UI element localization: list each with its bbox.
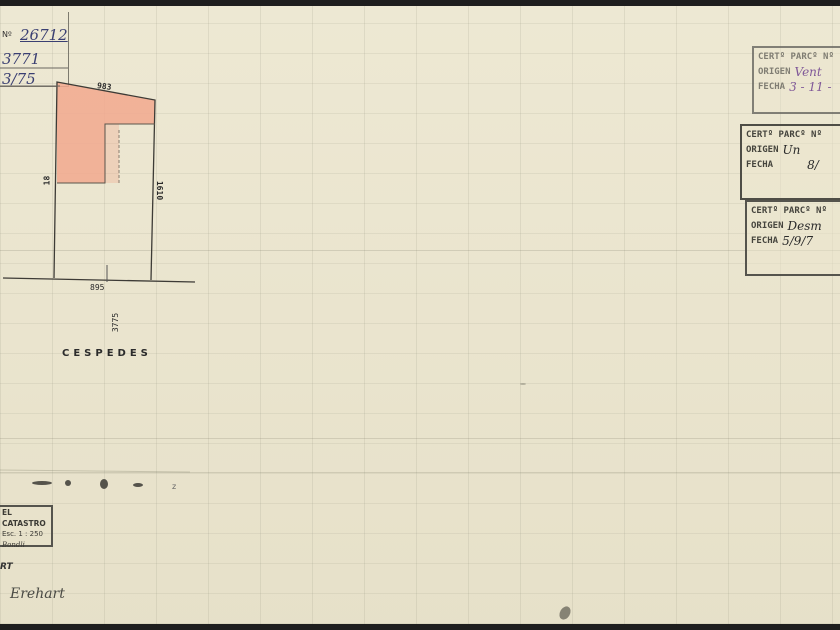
date-label: FECHA bbox=[746, 158, 773, 173]
parcel-certificate-stamp: CERTº PARCº Nº ORIGENVent FECHA3 - 11 - bbox=[752, 46, 840, 114]
origin-label: ORIGEN bbox=[758, 65, 791, 80]
signature: Erehart bbox=[10, 586, 65, 602]
svg-text:z: z bbox=[172, 482, 176, 491]
origin-value: Un bbox=[783, 143, 801, 158]
cert-label: CERTº PARCº Nº bbox=[751, 204, 827, 219]
cert-label: CERTº PARCº Nº bbox=[758, 50, 834, 65]
date-value: 3 - 11 - bbox=[789, 80, 831, 95]
cert-label: CERTº PARCº Nº bbox=[746, 128, 822, 143]
dimension-right: 1610 bbox=[155, 181, 164, 200]
north-arrow: z bbox=[32, 479, 176, 491]
parcel-certificate-stamp: CERTº PARCº Nº ORIGENUn FECHA8/ bbox=[740, 124, 840, 200]
date-label: FECHA bbox=[758, 80, 785, 95]
catastro-title: EL CATASTRO bbox=[2, 507, 51, 529]
date-value: 5/9/7 bbox=[782, 234, 813, 249]
scan-bottom-border bbox=[0, 624, 840, 630]
parcel-certificate-stamp: CERTº PARCº Nº ORIGENDesm FECHA5/9/7 bbox=[745, 200, 840, 276]
distance-to-corner: 3775 bbox=[111, 313, 120, 332]
street-name: CESPEDES bbox=[62, 348, 152, 359]
date-label: FECHA bbox=[751, 234, 778, 249]
ink-smudge bbox=[520, 383, 526, 385]
footer-label: RT bbox=[0, 562, 13, 572]
dimension-left: 18 bbox=[42, 176, 51, 186]
catastro-stamp: EL CATASTRO Esc. 1 : 250 Bondli bbox=[0, 505, 53, 547]
catastro-signature: Bondli bbox=[2, 540, 51, 551]
catastro-scale: Esc. 1 : 250 bbox=[2, 529, 51, 540]
date-value: 8/ bbox=[807, 158, 819, 173]
origin-label: ORIGEN bbox=[746, 143, 779, 158]
origin-value: Vent bbox=[795, 65, 822, 80]
origin-value: Desm bbox=[788, 219, 822, 234]
plot-drawing: z bbox=[0, 0, 840, 630]
origin-label: ORIGEN bbox=[751, 219, 784, 234]
dimension-top: 983 bbox=[96, 81, 112, 92]
dimension-frontage: 895 bbox=[90, 283, 104, 292]
